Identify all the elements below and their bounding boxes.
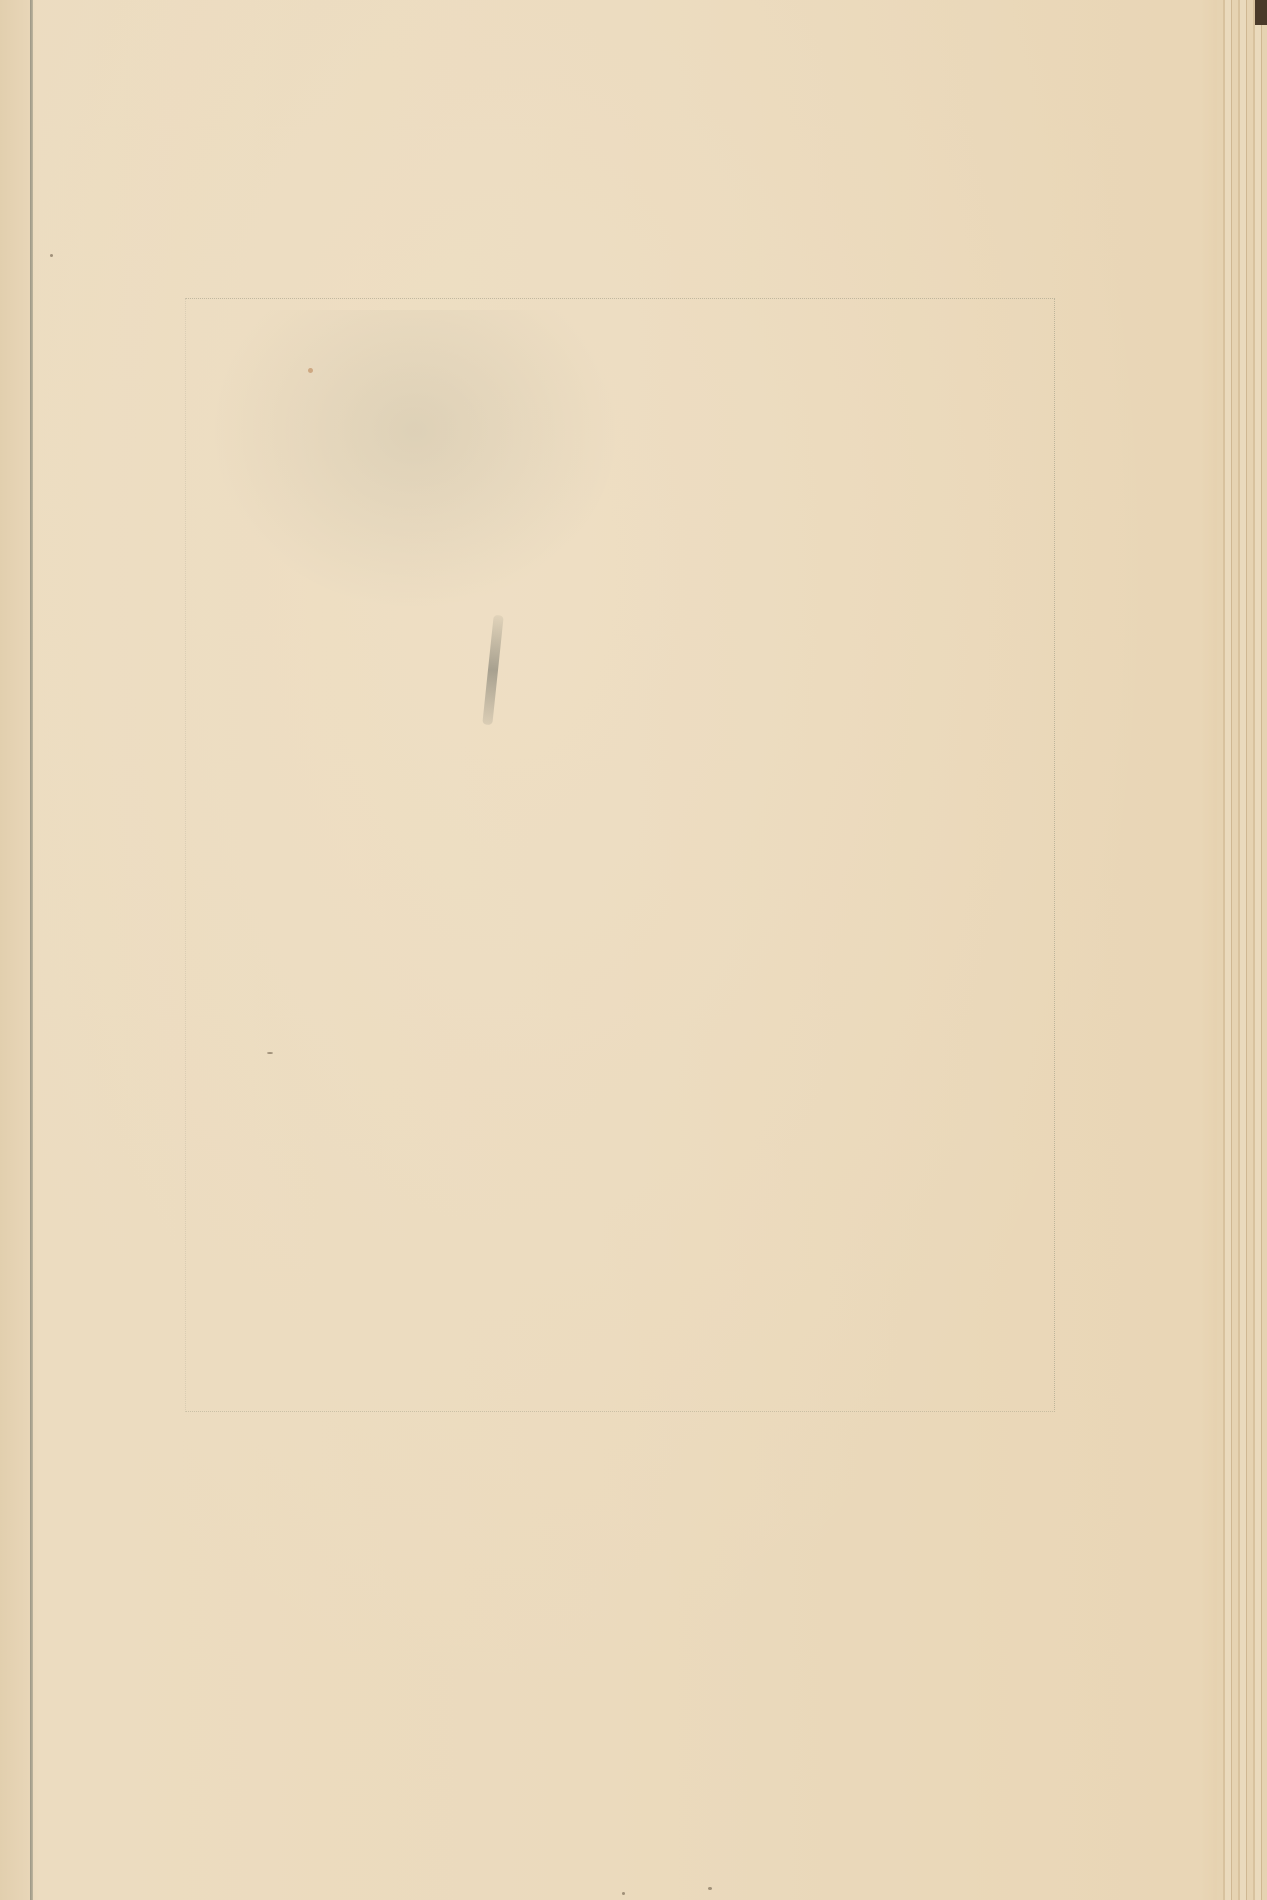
foxing-spot <box>267 1052 273 1054</box>
foxing-spot <box>308 368 313 373</box>
plate-offset-shadow <box>210 310 620 610</box>
page-stack-edge <box>1217 0 1267 1900</box>
gutter-line <box>30 0 33 1900</box>
foxing-spot <box>708 1887 712 1890</box>
facing-page-edge <box>0 0 30 1900</box>
book-page <box>0 0 1267 1900</box>
binding-corner <box>1255 0 1267 25</box>
foxing-spot <box>50 254 53 257</box>
foxing-spot <box>622 1892 625 1895</box>
